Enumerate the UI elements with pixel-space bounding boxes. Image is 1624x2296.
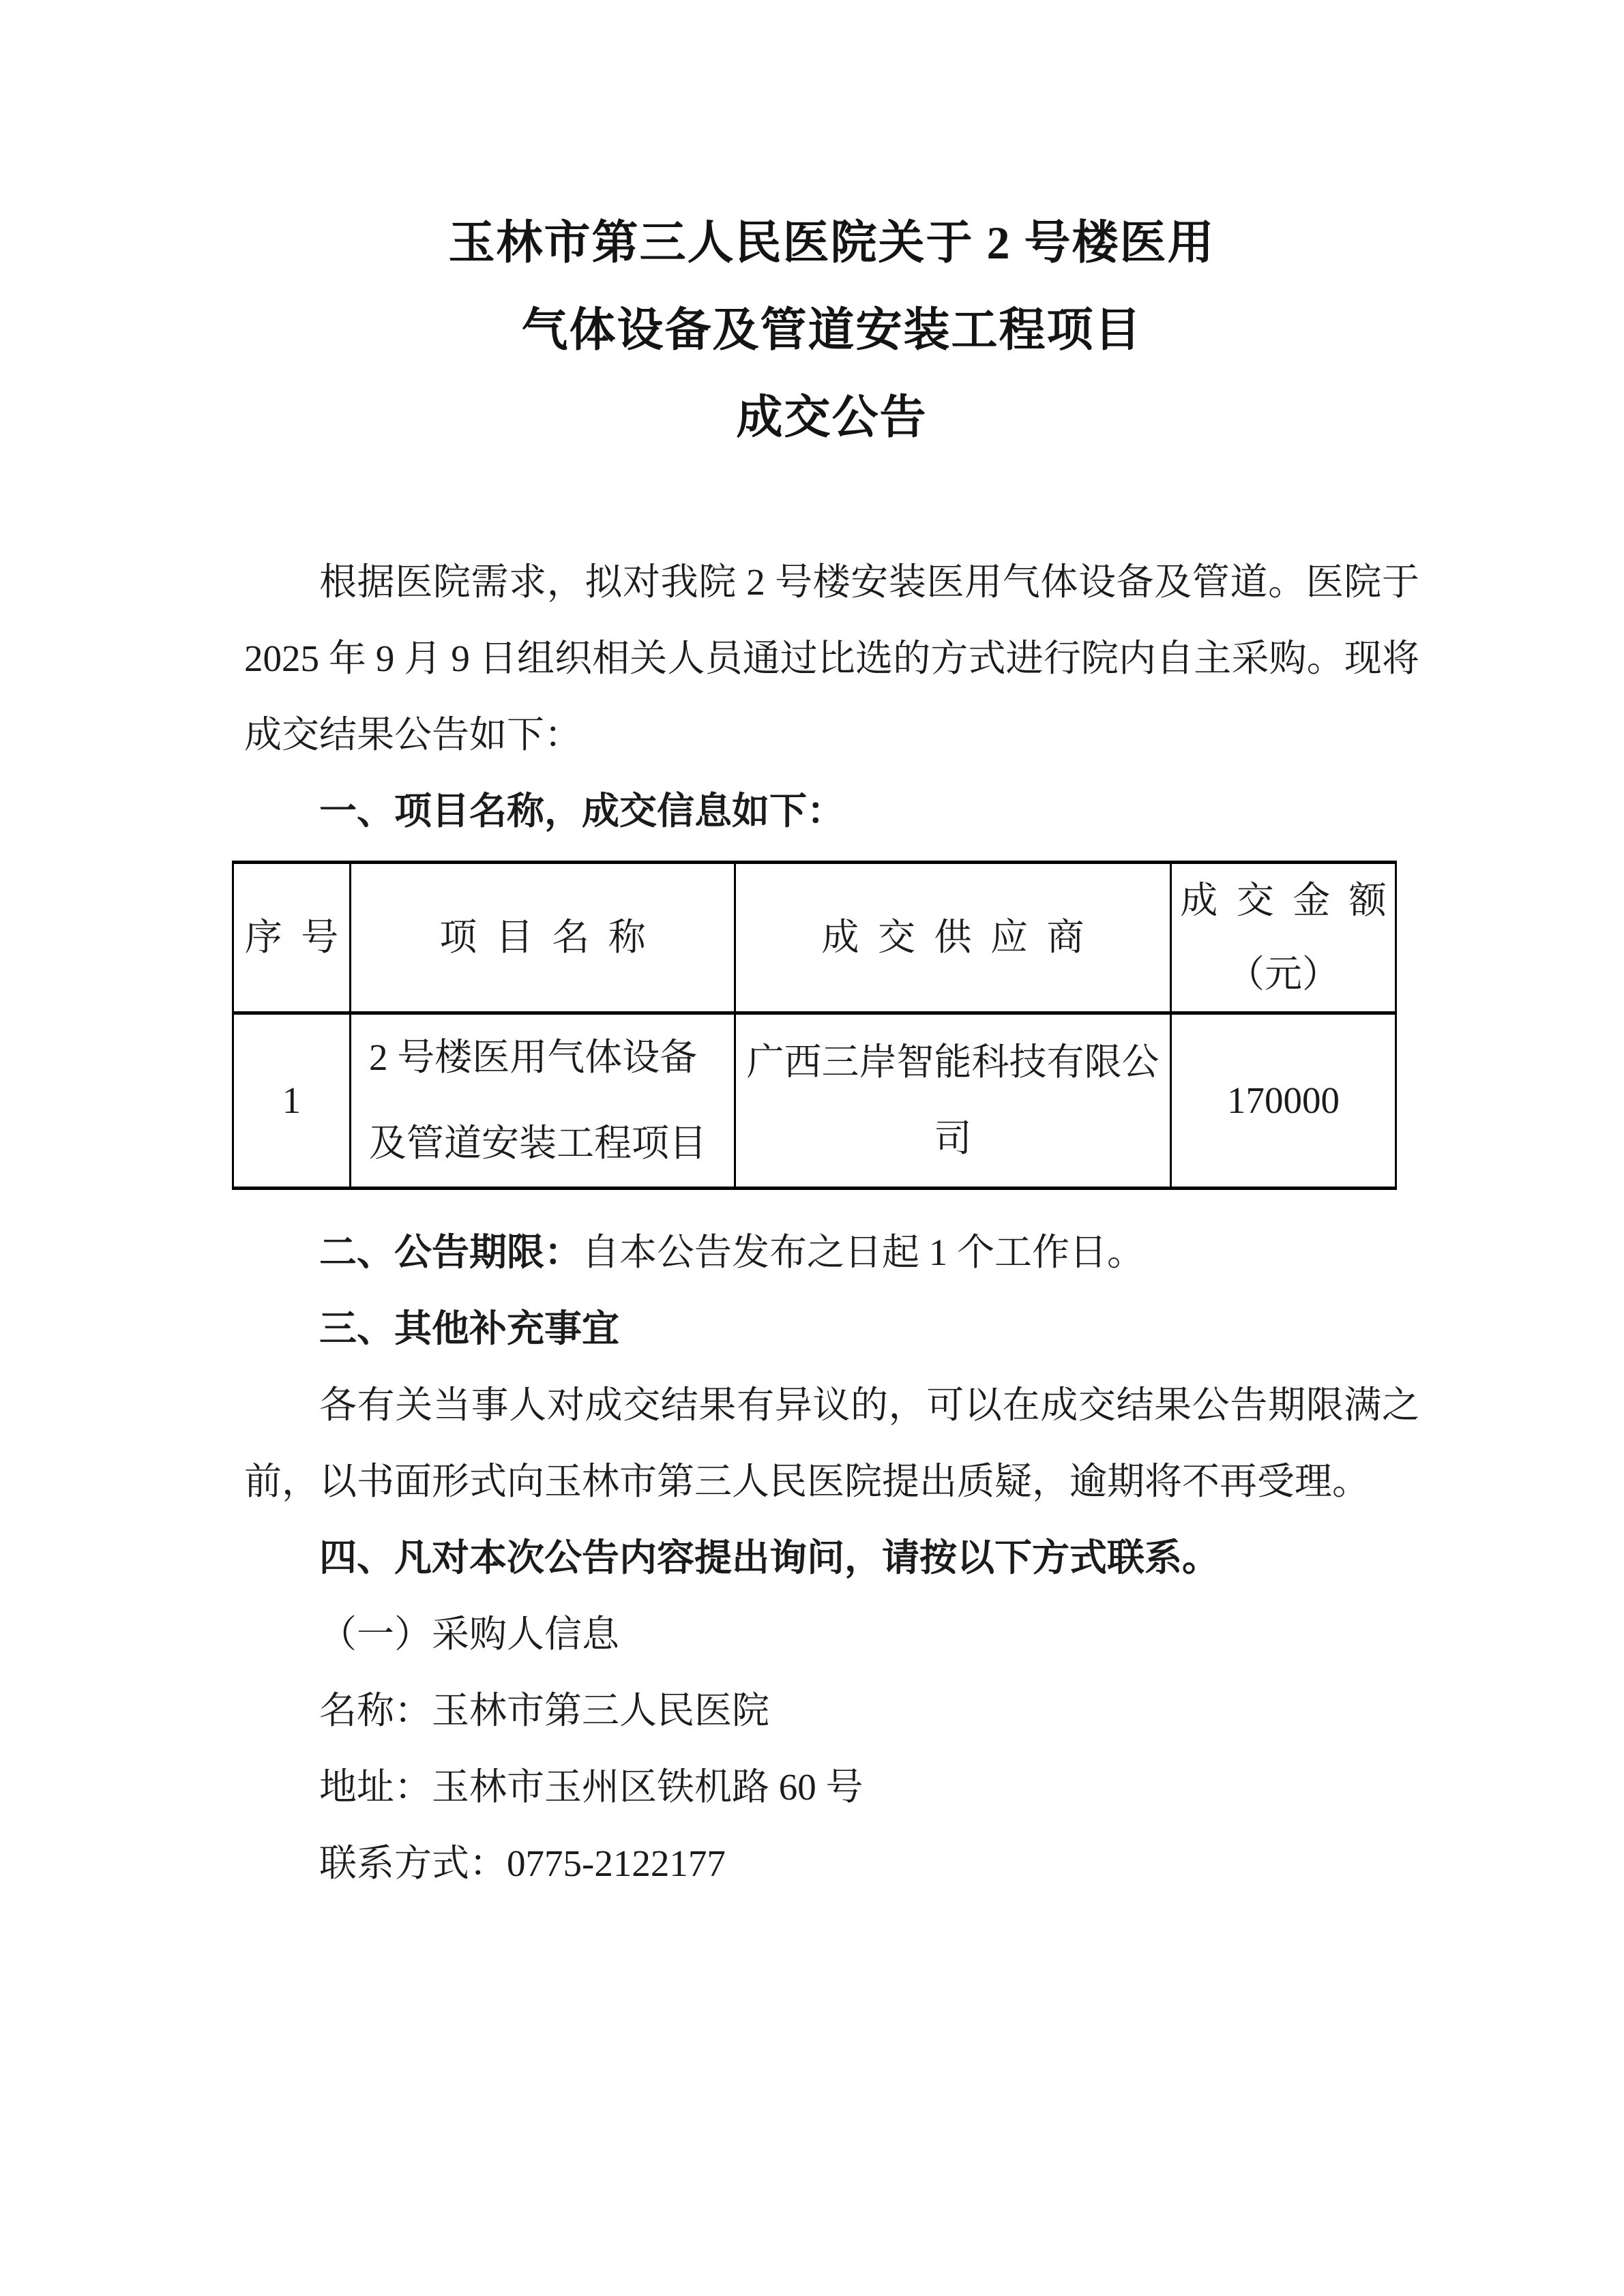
buyer-contact: 联系方式：0775-2122177 bbox=[244, 1825, 1419, 1902]
section-two-text: 自本公告发布之日起 1 个工作日。 bbox=[582, 1232, 1145, 1273]
section-two: 二、公告期限：自本公告发布之日起 1 个工作日。 bbox=[244, 1214, 1419, 1291]
buyer-address: 地址：玉林市玉州区铁机路 60 号 bbox=[244, 1749, 1419, 1825]
announcement-document: 玉林市第三人民医院关于 2 号楼医用 气体设备及管道安装工程项目 成交公告 根据… bbox=[0, 0, 1624, 2296]
col-header-amount-line1: 成交金额 bbox=[1172, 864, 1414, 938]
title-line-3: 成交公告 bbox=[244, 374, 1419, 461]
objection-paragraph: 各有关当事人对成交结果有异议的，可以在成交结果公告期限满之前，以书面形式向玉林市… bbox=[244, 1367, 1419, 1520]
document-title: 玉林市第三人民医院关于 2 号楼医用 气体设备及管道安装工程项目 成交公告 bbox=[244, 199, 1419, 461]
table-header-row: 序号 项目名称 成交供应商 成交金额 （元） bbox=[233, 863, 1396, 1013]
col-header-supplier-label: 成交供应商 bbox=[821, 916, 1103, 958]
col-header-amount-line2: （元） bbox=[1172, 938, 1395, 1011]
cell-project-name: 2 号楼医用气体设备及管道安装工程项目 bbox=[351, 1013, 735, 1189]
section-four-heading: 四、凡对本次公告内容提出询问，请按以下方式联系。 bbox=[244, 1520, 1419, 1596]
cell-supplier: 广西三岸智能科技有限公司 bbox=[735, 1013, 1171, 1189]
section-two-label: 二、公告期限： bbox=[319, 1232, 582, 1273]
title-line-2: 气体设备及管道安装工程项目 bbox=[244, 286, 1419, 374]
col-header-project-label: 项目名称 bbox=[439, 916, 664, 958]
section-three-heading: 三、其他补充事宜 bbox=[244, 1291, 1419, 1367]
col-header-project: 项目名称 bbox=[351, 863, 735, 1013]
title-line-1: 玉林市第三人民医院关于 2 号楼医用 bbox=[244, 199, 1419, 286]
buyer-name: 名称：玉林市第三人民医院 bbox=[244, 1673, 1419, 1749]
col-header-no: 序号 bbox=[233, 863, 351, 1013]
section-one-heading: 一、项目名称，成交信息如下： bbox=[244, 773, 1419, 850]
intro-paragraph: 根据医院需求，拟对我院 2 号楼安装医用气体设备及管道。医院于 2025 年 9… bbox=[244, 544, 1419, 773]
award-table: 序号 项目名称 成交供应商 成交金额 （元） 1 2 号楼医用气体设备及管道安装… bbox=[232, 861, 1397, 1190]
cell-serial-no: 1 bbox=[233, 1013, 351, 1189]
cell-amount: 170000 bbox=[1171, 1013, 1396, 1189]
col-header-supplier: 成交供应商 bbox=[735, 863, 1171, 1013]
col-header-no-label: 序号 bbox=[245, 916, 357, 958]
table-row: 1 2 号楼医用气体设备及管道安装工程项目 广西三岸智能科技有限公司 17000… bbox=[233, 1013, 1396, 1189]
col-header-amount: 成交金额 （元） bbox=[1171, 863, 1396, 1013]
buyer-info-heading: （一）采购人信息 bbox=[244, 1596, 1419, 1673]
